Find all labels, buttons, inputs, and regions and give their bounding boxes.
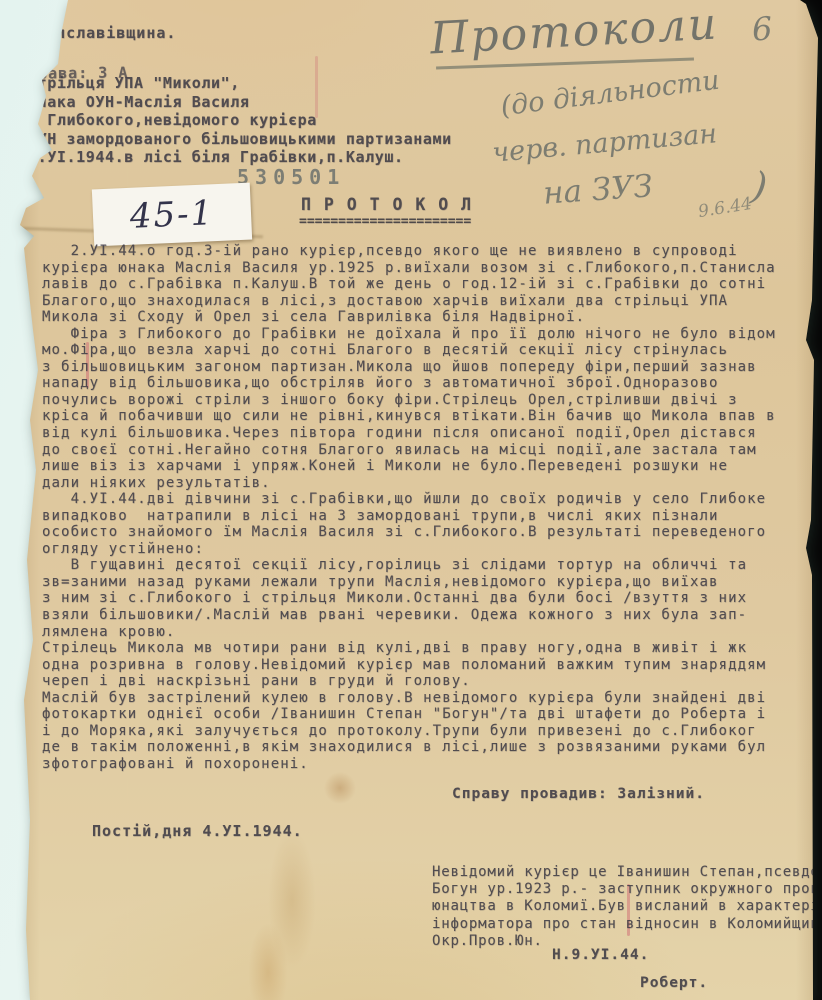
region-label: аниславівщина.	[36, 24, 176, 42]
investigator-signature: Справу провадив: Залізний.	[452, 786, 705, 802]
handwritten-date: 9.6.44	[697, 194, 754, 222]
scan-background: аниславівщина. права: З А Стрільця УПА "…	[0, 0, 822, 1000]
document-paper: аниславівщина. права: З А Стрільця УПА "…	[0, 0, 822, 1000]
place-and-date: Постій,дня 4.УІ.1944.	[92, 822, 303, 840]
handwritten-paren: )	[749, 163, 770, 209]
handwritten-title: Протоколи	[429, 0, 720, 65]
document-paper-wrap: аниславівщина. права: З А Стрільця УПА "…	[0, 0, 822, 1000]
identification-note: Невідомий курієр це Іванишин Степан,псев…	[432, 864, 822, 950]
case-description: Стрільця УПА "Миколи", юнака ОУН-Маслія …	[28, 74, 452, 167]
document-title: П Р О Т О К О Л	[301, 195, 473, 214]
handwritten-number: 6	[751, 9, 774, 48]
handwritten-note-line2: черв. партизан	[491, 118, 718, 169]
archive-label-text: 45-1	[129, 193, 215, 237]
archive-stamp-number: 530501	[237, 165, 345, 189]
note-signature: Роберт.	[640, 975, 708, 991]
handwritten-note-line3: на ЗУЗ	[542, 168, 654, 212]
archive-label-sticker: 45-1	[92, 183, 252, 247]
handwritten-note-line1: (до діяльности	[499, 65, 721, 123]
protocol-body-text: 2.УІ.44.о год.3-ій рано курієр,псевдо як…	[42, 243, 776, 773]
note-date: Н.9.УІ.44.	[552, 947, 649, 963]
title-underline: ======================	[299, 214, 471, 229]
